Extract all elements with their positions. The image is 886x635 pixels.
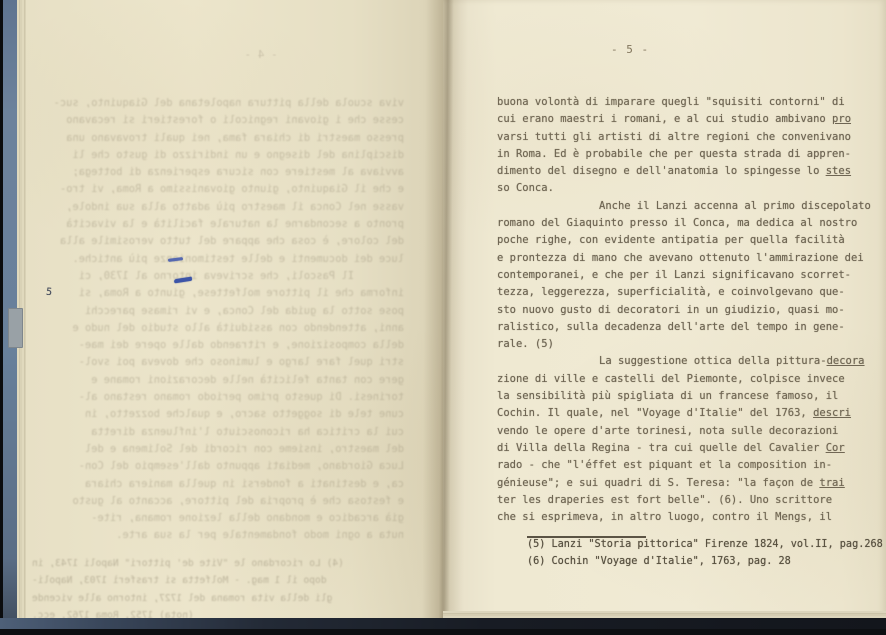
bleedthrough-line: viva scuola della pittura napoletana del… xyxy=(32,95,404,112)
ink-squiggle-five: 5 xyxy=(45,287,52,299)
typed-line: dimento del disegno e dell'anatomia lo s… xyxy=(497,163,872,180)
typed-line: Anche il Lanzi accenna al primo discepol… xyxy=(497,198,872,215)
edge-marker-tab xyxy=(8,308,23,348)
typed-line: di Villa della Regina - tra cui quelle d… xyxy=(497,440,872,457)
page-number: - 5 - xyxy=(611,43,691,56)
bleedthrough-text-block: viva scuola della pittura napoletana del… xyxy=(32,95,404,545)
right-page: - 5 - buona volontà di imparare quegli "… xyxy=(443,0,886,618)
typed-line: in Roma. Ed è probabile che per questa s… xyxy=(497,146,872,163)
footnote-block: (5) Lanzi "Storia pittorica" Firenze 182… xyxy=(527,539,886,574)
bleedthrough-line: stri quel fare largo e luminoso che dove… xyxy=(32,354,404,371)
typed-line: romano del Giaquinto presso il Conca, ma… xyxy=(497,215,872,232)
bleedthrough-line: presso maestri di chiara fama, nei quali… xyxy=(32,130,404,147)
bleedthrough-line: pronto a secondarne la naturale facilità… xyxy=(32,216,404,233)
typed-line: rado - che "l'éffet est piquant et la co… xyxy=(497,457,872,474)
typed-line: che si esprimeva, in altro luogo, contro… xyxy=(497,509,872,526)
bleedthrough-line: del maestro, insieme con ricordi del Sol… xyxy=(32,441,404,458)
bleedthrough-line: gere con tanta felicità nelle decorazion… xyxy=(32,372,404,389)
typed-line: vendo le opere d'arte torinesi, nota sul… xyxy=(497,423,872,440)
photo-bottom-edge xyxy=(0,629,886,635)
bleedthrough-line: già arcadico e mondano della lezione rom… xyxy=(32,510,404,527)
bleedthrough-line: vasse nel Conca il maestro più adatto al… xyxy=(32,199,404,216)
underlined-syllable: trai xyxy=(819,477,844,489)
typed-line: rale. (5) xyxy=(497,336,872,353)
typed-line: contemporanei, e che per il Lanzi signif… xyxy=(497,267,872,284)
bleedthrough-line: del colore, è cosa che appare del tutto … xyxy=(32,233,404,250)
bleedthrough-line: cui la critica ha riconosciuto l'influen… xyxy=(32,424,404,441)
bleedthrough-line: torinesi. Di questo primo periodo romano… xyxy=(32,389,404,406)
footnote-line: (5) Lanzi "Storia pittorica" Firenze 182… xyxy=(527,539,886,556)
typed-line: poche righe, con evidente antipatia per … xyxy=(497,232,872,249)
typed-line: génieuse"; e sui quadri di S. Teresa: "l… xyxy=(497,475,872,492)
bleedthrough-footnote-line: (4) Lo ricordano le "Vite de' pittori" N… xyxy=(32,558,372,575)
footnote-line: (6) Cochin "Voyage d'Italie", 1763, pag.… xyxy=(527,556,886,573)
underlined-syllable: Cor xyxy=(826,442,845,454)
typed-line: Cochin. Il quale, nel "Voyage d'Italie" … xyxy=(497,405,872,422)
bleedthrough-footnote-line: dopo il 1 mag. - Molfetta si trasferì 17… xyxy=(32,575,372,592)
bleedthrough-line: avviava al mestiere con sicura esperienz… xyxy=(32,164,404,181)
left-page: - 4 - viva scuola della pittura napoleta… xyxy=(26,0,443,618)
bleedthrough-page-number: - 4 - xyxy=(226,48,296,61)
bleedthrough-line: e che il Giaquinto, giunto giovanissimo … xyxy=(32,181,404,198)
bleedthrough-line: Il Pascoli, che scriveva intorno al 1730… xyxy=(32,268,404,285)
bleedthrough-line: disciplina del disegno e un indirizzo di… xyxy=(32,147,404,164)
bleedthrough-line: informa che il pittore molfettese, giunt… xyxy=(32,285,404,302)
typed-line: ralistico, sulla decadenza dell'arte del… xyxy=(497,319,872,336)
typed-line: tezza, leggerezza, superficialità, e coi… xyxy=(497,284,872,301)
typed-line: so Conca. xyxy=(497,180,872,197)
typed-line: cui erano maestri i romani, e al cui stu… xyxy=(497,111,872,128)
bleedthrough-footnote-line: gli della vita romana del 1727, intorno … xyxy=(32,593,372,610)
bleedthrough-line: della composizione, e ritraendo dalle op… xyxy=(32,337,404,354)
bleedthrough-line: nuta a ogni modo fondamentale per la sua… xyxy=(32,527,404,544)
underlined-syllable: descri xyxy=(813,407,851,419)
underlined-syllable: pro xyxy=(832,113,851,125)
footnote-separator-rule xyxy=(527,536,646,538)
typed-text-block: buona volontà di imparare quegli "squisi… xyxy=(497,94,872,526)
typed-line: zione di ville e castelli del Piemonte, … xyxy=(497,371,872,388)
bleedthrough-line: cesse che i giovani regnicoli o forestie… xyxy=(32,112,404,129)
bleedthrough-line: e festosa che è propria del pittore, acc… xyxy=(32,493,404,510)
typed-line: ter les draperies est fort belle". (6). … xyxy=(497,492,872,509)
typed-line: la sensibilità più spigliata di un franc… xyxy=(497,388,872,405)
bleedthrough-line: cune tele di soggetto sacro, e qualche b… xyxy=(32,406,404,423)
bleedthrough-footnotes: (4) Lo ricordano le "Vite de' pittori" N… xyxy=(32,558,372,627)
typed-line: La suggestione ottica della pittura-deco… xyxy=(497,353,872,370)
bleedthrough-line: Luca Giordano, mediati appunto dall'esem… xyxy=(32,458,404,475)
bleedthrough-line: pose sotto la guida del Conca, e vi rima… xyxy=(32,303,404,320)
bleedthrough-line: ca, e destinati a fondersi in quella man… xyxy=(32,476,404,493)
underlined-syllable: stes xyxy=(826,165,851,177)
typed-line: varsi tutti gli artisti di altre regioni… xyxy=(497,129,872,146)
typed-line: buona volontà di imparare quegli "squisi… xyxy=(497,94,872,111)
underlined-syllable: decora xyxy=(827,355,865,367)
typed-line: sto nuovo gusto di decoratori in un giud… xyxy=(497,302,872,319)
bleedthrough-line: luce dei documenti e delle testimonianze… xyxy=(32,251,404,268)
bleedthrough-line: anni, attendendo con assiduità allo stud… xyxy=(32,320,404,337)
scanned-book-opening: - 4 - viva scuola della pittura napoleta… xyxy=(0,0,886,635)
typed-line: e prontezza di mano che avevano ottenuto… xyxy=(497,250,872,267)
